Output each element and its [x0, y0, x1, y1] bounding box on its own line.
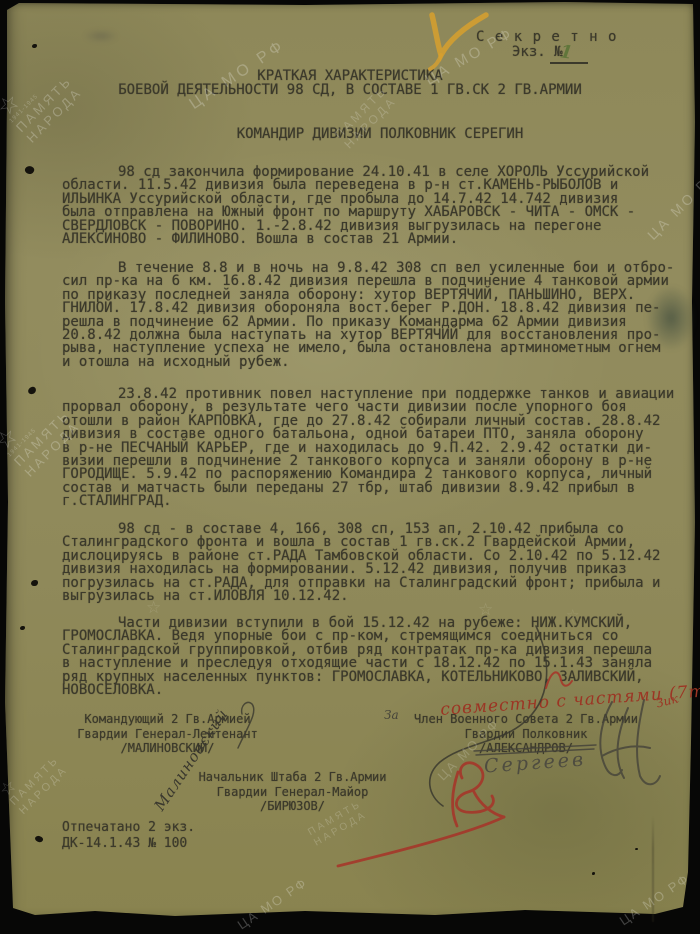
paper-speck — [635, 848, 638, 850]
signature-right-title: Член Военного Совета 2 Гв.Армии Гвардии … — [400, 712, 652, 741]
pencil-prefix-note: За — [384, 708, 399, 722]
paragraph-2: В течение 8.8 и в ночь на 9.8.42 308 сп … — [62, 262, 678, 369]
document-subtitle: КОМАНДИР ДИВИЗИИ ПОЛКОВНИК СЕРЕГИН — [60, 128, 700, 141]
footer-print-note: Отпечатано 2 экз. ДК-14.1.43 № 100 — [62, 820, 195, 851]
paragraph-4: 98 сд - в составе 4, 166, 308 сп, 153 ап… — [62, 523, 678, 603]
paragraph-5: Части дивизии вступили в бой 15.12.42 на… — [62, 617, 678, 697]
signature-center-title: Начальник Штаба 2 Гв.Армии Гвардии Генер… — [195, 770, 390, 799]
document-scan: С е к р е т н о Экз. № 1 КРАТКАЯ ХАРАКТЕ… — [0, 0, 700, 934]
signature-center-name: /БИРЮЗОВ/ — [195, 799, 390, 814]
gray-smudge — [76, 26, 126, 46]
fold-crease — [652, 816, 654, 922]
document-title-line2: БОЕВОЙ ДЕЯТЕЛЬНОСТИ 98 СД, В СОСТАВЕ 1 Г… — [0, 84, 700, 97]
paragraph-3: 23.8.42 противник повел наступление при … — [62, 388, 678, 509]
copy-label: Экз. № — [512, 46, 563, 59]
paragraph-1: 98 сд закончила формирование 24.10.41 в … — [62, 166, 678, 246]
classification-stamp: С е к р е т н о — [476, 31, 617, 44]
signature-left-title: Командующий 2 Гв.Армией Гвардии Генерал-… — [70, 712, 265, 741]
signature-left-name: /МАЛИНОВСКИЙ/ — [70, 741, 265, 756]
